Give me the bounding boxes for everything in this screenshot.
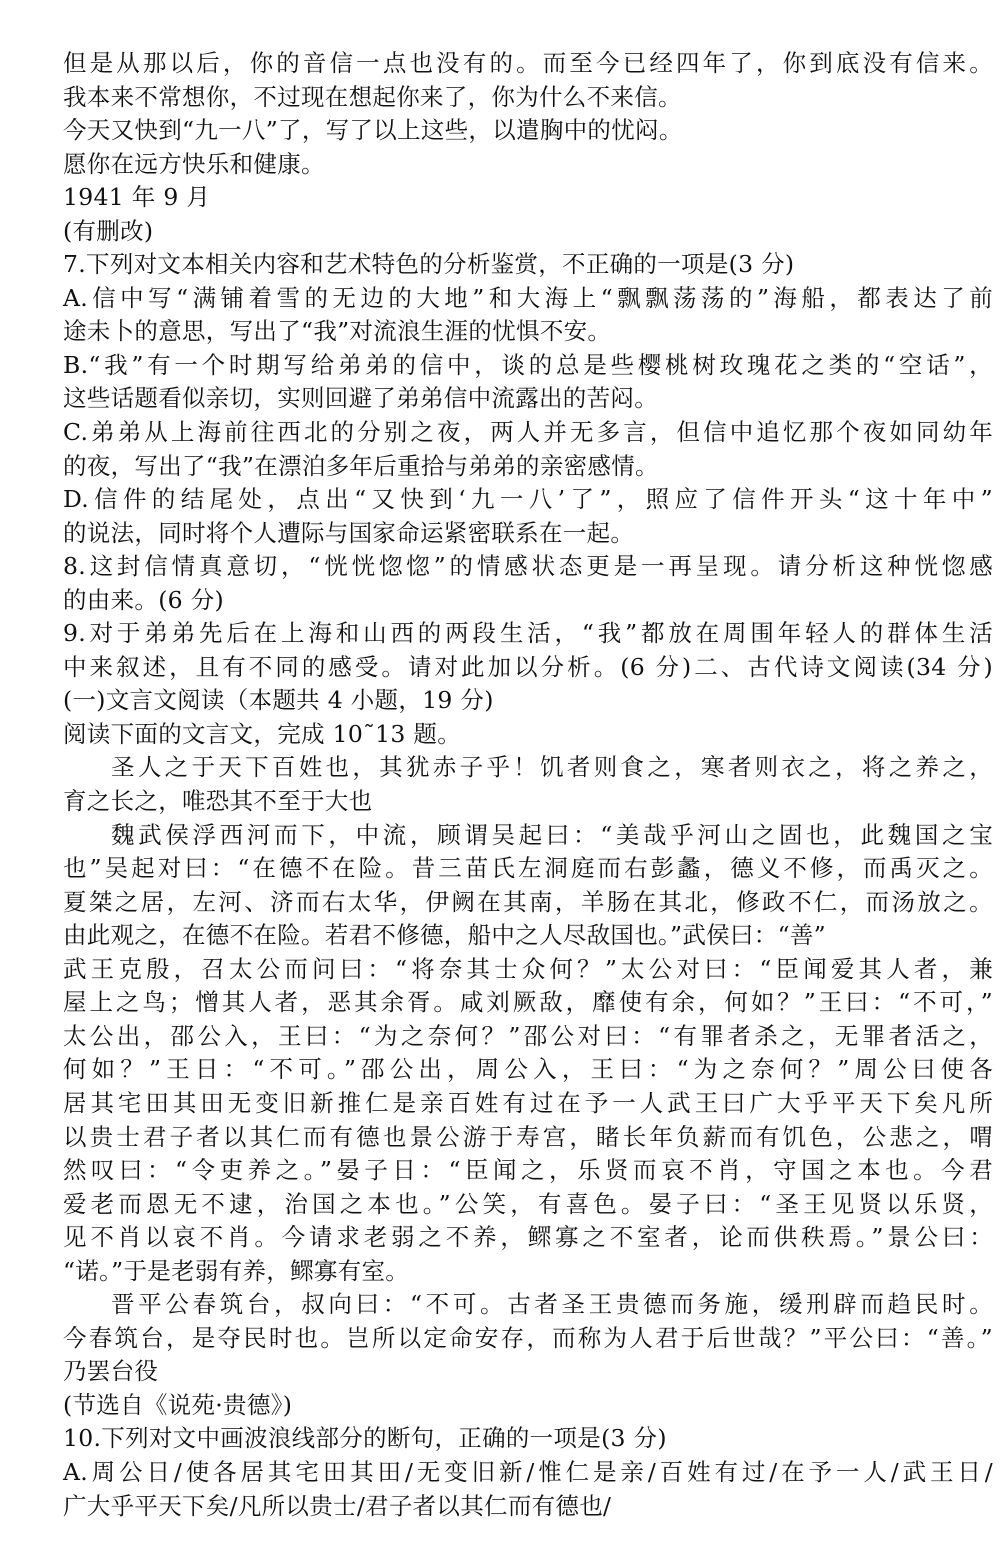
text-line: 屋上之鸟；憎其人者，恶其余胥。咸刘厥敌，靡使有余，何如？”王曰：“不可，”: [63, 986, 993, 1020]
text-line: 今天又快到“九一八”了，写了以上这些，以遣胸中的忧闷。: [63, 114, 993, 148]
text-line: 魏武侯浮西河而下，中流，顾谓吴起曰：“美哉乎河山之固也，此魏国之宝: [63, 819, 993, 853]
text-line: A.周公日/使各居其宅田其田/无变旧新/惟仁是亲/百姓有过/在予一人/武王日/: [63, 1456, 993, 1490]
text-line: (一)文言文阅读（本题共 4 小题，19 分): [63, 684, 993, 718]
text-line: 武王克殷，召太公而问曰：“将奈其士众何？”太公对曰：“臣闻爱其人者，兼: [63, 953, 993, 987]
text-line: 的夜，写出了“我”在漂泊多年后重拾与弟弟的亲密感情。: [63, 450, 993, 484]
text-line: 1941 年 9 月: [63, 181, 993, 215]
text-line: 太公出，邵公入，王曰：“为之奈何？”邵公对曰：“有罪者杀之，无罪者活之，: [63, 1020, 993, 1054]
text-line: 然叹曰：“令吏养之。”晏子日：“臣闻之，乐贤而哀不肖，守国之本也。今君: [63, 1154, 993, 1188]
text-line: (节选自《说苑·贵德》): [63, 1389, 993, 1423]
text-line: 但是从那以后，你的音信一点也没有的。而至今已经四年了，你到底没有信来。: [63, 47, 993, 81]
text-line: 的由来。(6 分): [63, 584, 993, 618]
text-line: 爱老而恩无不逮，治国之本也。”公笑，有喜色。晏子曰：“圣王见贤以乐贤，: [63, 1188, 993, 1222]
text-line: 愿你在远方快乐和健康。: [63, 148, 993, 182]
text-line: 晋平公春筑台，叔向曰：“不可。古者圣王贵德而务施，缓刑辟而趋民时。: [63, 1288, 993, 1322]
text-line: 今春筑台，是夺民时也。岂所以定命安存，而称为人君于后世哉？”平公曰：“善。”: [63, 1322, 993, 1356]
text-line: 夏桀之居，左河、济而右太华，伊阙在其南，羊肠在其北，修政不仁，而汤放之。: [63, 886, 993, 920]
text-line: 以贵士君子者以其仁而有德也景公游于寿宫，睹长年负薪而有饥色，公悲之，喟: [63, 1121, 993, 1155]
text-line: 的说法，同时将个人遭际与国家命运紧密联系在一起。: [63, 517, 993, 551]
text-line: 广大乎平天下矣/凡所以贵士/君子者以其仁而有德也/: [63, 1490, 993, 1524]
text-line: 我本来不常想你，不过现在想起你来了，你为什么不来信。: [63, 81, 993, 115]
text-line: B.“我”有一个时期写给弟弟的信中，谈的总是些樱桃树玫瑰花之类的“空话”，: [63, 349, 993, 383]
text-line: 育之长之，唯恐其不至于大也: [63, 785, 993, 819]
text-line: 8.这封信情真意切，“恍恍惚惚”的情感状态更是一再呈现。请分析这种恍惚感: [63, 550, 993, 584]
text-line: 见不肖以哀不肖。今请求老弱之不养，鳏寡之不室者，论而供秩焉。”景公曰：: [63, 1221, 993, 1255]
text-line: 7.下列对文本相关内容和艺术特色的分析鉴赏，不正确的一项是(3 分): [63, 248, 993, 282]
text-line: 乃罢台役: [63, 1355, 993, 1389]
document-page: 但是从那以后，你的音信一点也没有的。而至今已经四年了，你到底没有信来。我本来不常…: [63, 47, 993, 1523]
text-line: 途未卜的意思，写出了“我”对流浪生涯的忧惧不安。: [63, 315, 993, 349]
text-line: D.信件的结尾处，点出“又快到‘九一八’了”，照应了信件开头“这十年中”: [63, 483, 993, 517]
text-line: 9.对于弟弟先后在上海和山西的两段生活，“我”都放在周围年轻人的群体生活: [63, 617, 993, 651]
text-line: 阅读下面的文言文，完成 10˜13 题。: [63, 718, 993, 752]
text-line: “诺。”于是老弱有养，鳏寡有室。: [63, 1255, 993, 1289]
text-line: C.弟弟从上海前往西北的分别之夜，两人并无多言，但信中追忆那个夜如同幼年: [63, 416, 993, 450]
text-line: 圣人之于天下百姓也，其犹赤子乎！饥者则食之，寒者则衣之，将之养之，: [63, 751, 993, 785]
text-line: 10.下列对文中画波浪线部分的断句，正确的一项是(3 分): [63, 1422, 993, 1456]
text-line: 这些话题看似亲切，实则回避了弟弟信中流露出的苦闷。: [63, 382, 993, 416]
text-line: (有删改): [63, 215, 993, 249]
text-line: A.信中写“满铺着雪的无边的大地”和大海上“飘飘荡荡的”海船，都表达了前: [63, 282, 993, 316]
text-line: 何如？”王日：“不可。”邵公出，周公入，王曰：“为之奈何？”周公曰使各: [63, 1053, 993, 1087]
text-line: 也”吴起对曰：“在德不在险。昔三苗氏左洞庭而右彭蠡，德义不修，而禹灭之。: [63, 852, 993, 886]
text-line: 中来叙述，且有不同的感受。请对此加以分析。(6 分)二、古代诗文阅读(34 分): [63, 651, 993, 685]
text-line: 居其宅田其田无变旧新推仁是亲百姓有过在予一人武王曰广大乎平天下矣凡所: [63, 1087, 993, 1121]
text-line: 由此观之，在德不在险。若君不修德，船中之人尽敌国也。”武侯曰：“善”: [63, 919, 993, 953]
